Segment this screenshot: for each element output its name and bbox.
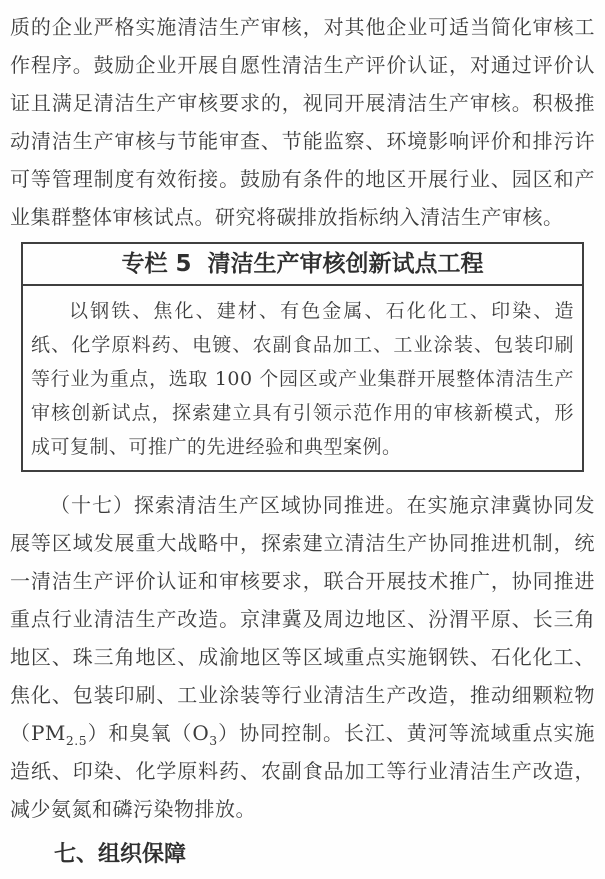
pm25-subscript: 2.5 (66, 733, 87, 748)
paragraph-clean-production-audit: 质的企业严格实施清洁生产审核，对其他企业可适当简化审核工作程序。鼓励企业开展自愿… (10, 8, 595, 236)
document-page: 质的企业严格实施清洁生产审核，对其他企业可适当简化审核工作程序。鼓励企业开展自愿… (0, 0, 605, 879)
section-heading-organization-guarantee: 七、组织保障 (10, 840, 595, 870)
box-title-pilot-project: 专栏 5 清洁生产审核创新试点工程 (23, 244, 582, 286)
paragraph-17-regional-coordination: （十七）探索清洁生产区域协同推进。在实施京津冀协同发展等区域发展重大战略中，探索… (10, 486, 595, 828)
ozone-subscript: 3 (209, 733, 217, 748)
paragraph-17-text-lead: （十七）探索清洁生产区域协同推进。在实施京津冀协同发展等区域发展重大战略中，探索… (10, 493, 595, 745)
box-body-pilot-project: 以钢铁、焦化、建材、有色金属、石化化工、印染、造纸、化学原料药、电镀、农副食品加… (23, 286, 582, 470)
paragraph-17-text-middle: ）和臭氧（O (87, 721, 209, 745)
special-column-5-box: 专栏 5 清洁生产审核创新试点工程 以钢铁、焦化、建材、有色金属、石化化工、印染… (21, 242, 584, 472)
